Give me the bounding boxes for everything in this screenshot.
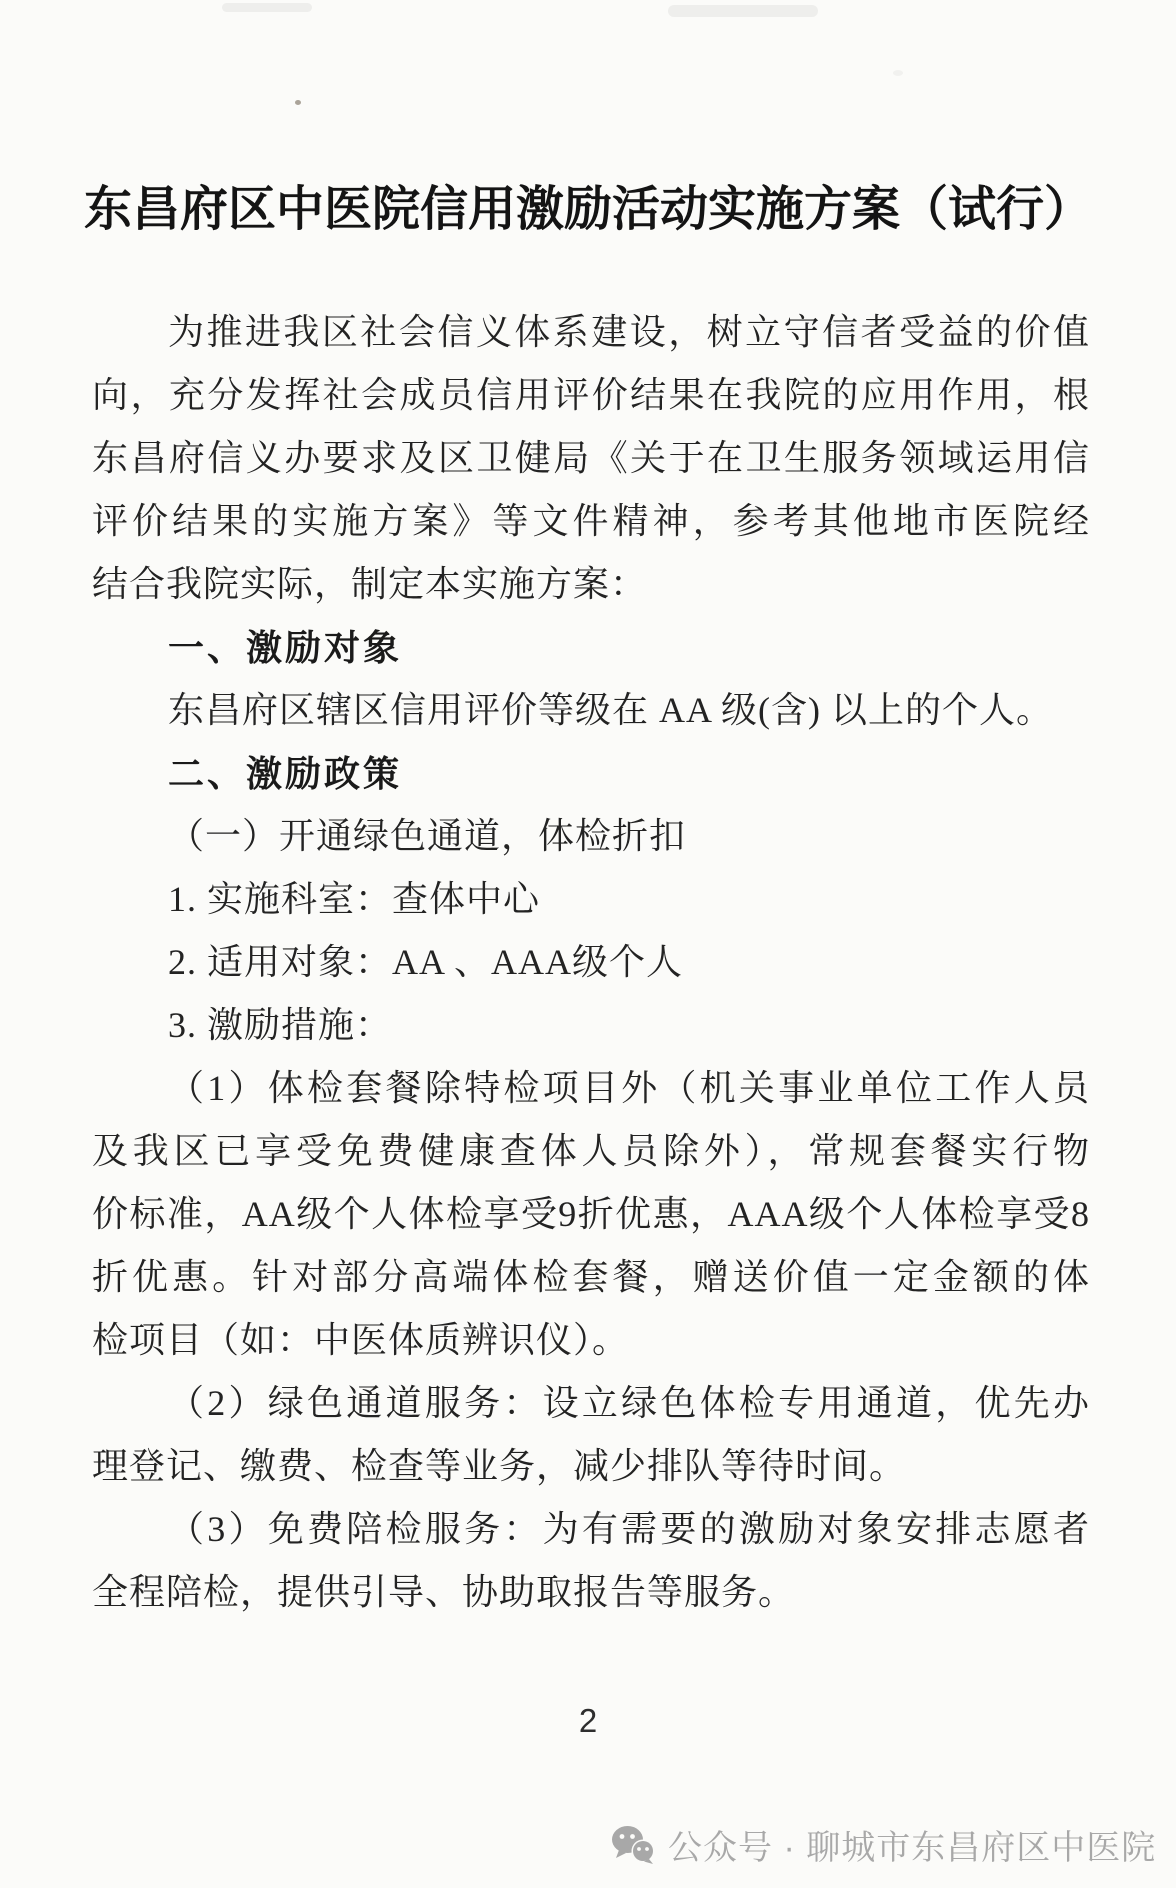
scan-artifact: [222, 3, 312, 12]
page-number: 2: [0, 1702, 1176, 1740]
footer-text: 公众号 · 聊城市东昌府区中医院: [668, 1820, 1156, 1869]
scanned-document-page: 东昌府区中医院信用激励活动实施方案（试行） 为推进我区社会信义体系建设，树立守信…: [0, 0, 1176, 1888]
text-line: 2. 适用对象：AA 、AAA级个人: [92, 931, 1090, 994]
text-line: 理登记、缴费、检查等业务，减少排队等待时间。: [92, 1435, 1090, 1498]
text-line: 结合我院实际，制定本实施方案：: [92, 553, 1090, 616]
text-line: 及我区已享受免费健康查体人员除外），常规套餐实行物: [92, 1120, 1090, 1183]
text-line: 二、激励政策: [92, 742, 1090, 805]
document-title: 东昌府区中医院信用激励活动实施方案（试行）: [0, 170, 1176, 239]
text-line: 3. 激励措施：: [92, 994, 1090, 1057]
text-line: 检项目（如：中医体质辨识仪）。: [92, 1309, 1090, 1372]
text-line: （一）开通绿色通道，体检折扣: [92, 805, 1090, 868]
text-line: （2）绿色通道服务：设立绿色体检专用通道，优先办: [92, 1372, 1090, 1435]
wechat-icon: [610, 1825, 658, 1865]
text-line: 一、激励对象: [92, 616, 1090, 679]
document-body: 为推进我区社会信义体系建设，树立守信者受益的价值导向，充分发挥社会成员信用评价结…: [92, 301, 1090, 1624]
text-line: 全程陪检，提供引导、协助取报告等服务。: [92, 1561, 1090, 1624]
wechat-footer: 公众号 · 聊城市东昌府区中医院: [610, 1820, 1156, 1869]
text-line: 为推进我区社会信义体系建设，树立守信者受益的价值导: [92, 301, 1090, 364]
text-line: 折优惠。针对部分高端体检套餐，赠送价值一定金额的体: [92, 1246, 1090, 1309]
text-line: 1. 实施科室：查体中心: [92, 868, 1090, 931]
text-line: 东昌府区辖区信用评价等级在 AA 级(含) 以上的个人。: [92, 679, 1090, 742]
scan-artifact: [668, 5, 818, 17]
scan-artifact-dot: [295, 100, 301, 105]
scan-artifact: [893, 70, 903, 76]
text-line: 评价结果的实施方案》等文件精神，参考其他地市医院经验，: [92, 490, 1090, 553]
text-line: 向，充分发挥社会成员信用评价结果在我院的应用作用，根据: [92, 364, 1090, 427]
text-line: 价标准，AA级个人体检享受9折优惠，AAA级个人体检享受8: [92, 1183, 1090, 1246]
text-line: （3）免费陪检服务：为有需要的激励对象安排志愿者: [92, 1498, 1090, 1561]
text-line: （1）体检套餐除特检项目外（机关事业单位工作人员: [92, 1057, 1090, 1120]
text-line: 东昌府信义办要求及区卫健局《关于在卫生服务领域运用信用: [92, 427, 1090, 490]
